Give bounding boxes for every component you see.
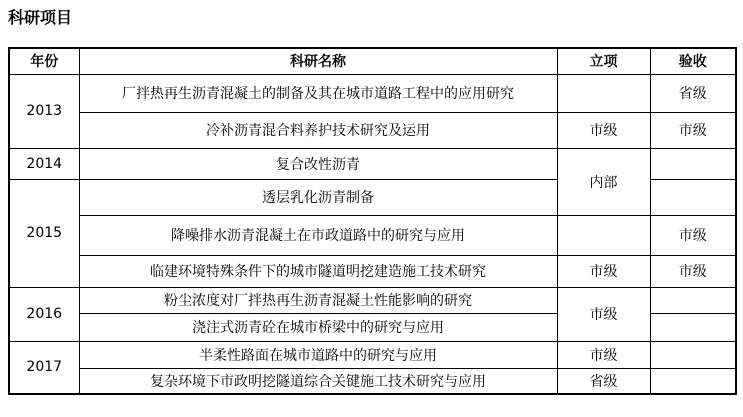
year-cell: 2016 <box>9 287 79 341</box>
year-cell: 2017 <box>9 341 79 394</box>
col-header-approval: 立项 <box>557 48 650 74</box>
project-name-cell: 复杂环境下市政明挖隧道综合关键施工技术研究与应用 <box>79 368 557 394</box>
approval-level-cell: 省级 <box>557 368 650 394</box>
acceptance-level-cell: 市级 <box>650 112 736 148</box>
document-page: 科研项目 年份 科研名称 立项 验收 2013 厂拌热再生沥青混凝土的制备及其在… <box>0 0 743 417</box>
project-name-cell: 浇注式沥青砼在城市桥梁中的研究与应用 <box>79 313 557 341</box>
project-name-cell: 厂拌热再生沥青混凝土的制备及其在城市道路工程中的应用研究 <box>79 74 557 112</box>
year-cell: 2013 <box>9 74 79 148</box>
approval-level-cell: 内部 <box>557 148 650 215</box>
table-header: 年份 科研名称 立项 验收 <box>9 48 736 74</box>
acceptance-level-cell <box>650 368 736 394</box>
approval-level-cell: 市级 <box>557 341 650 368</box>
acceptance-level-cell <box>650 313 736 341</box>
acceptance-level-cell: 省级 <box>650 74 736 112</box>
project-name-cell: 临建环境特殊条件下的城市隧道明挖建造施工技术研究 <box>79 255 557 287</box>
acceptance-level-cell: 市级 <box>650 215 736 255</box>
project-name-cell: 复合改性沥青 <box>79 148 557 179</box>
table-row: 复杂环境下市政明挖隧道综合关键施工技术研究与应用 省级 <box>9 368 736 394</box>
table-body: 2013 厂拌热再生沥青混凝土的制备及其在城市道路工程中的应用研究 省级 冷补沥… <box>9 74 736 394</box>
col-header-name: 科研名称 <box>79 48 557 74</box>
col-header-acceptance: 验收 <box>650 48 736 74</box>
table-row: 2016 粉尘浓度对厂拌热再生沥青混凝土性能影响的研究 市级 <box>9 287 736 313</box>
approval-level-cell <box>557 74 650 112</box>
table-row: 2013 厂拌热再生沥青混凝土的制备及其在城市道路工程中的应用研究 省级 <box>9 74 736 112</box>
approval-level-cell: 市级 <box>557 112 650 148</box>
year-cell: 2014 <box>9 148 79 179</box>
acceptance-level-cell: 市级 <box>650 255 736 287</box>
acceptance-level-cell <box>650 148 736 179</box>
table-row: 2017 半柔性路面在城市道路中的研究与应用 市级 <box>9 341 736 368</box>
project-name-cell: 半柔性路面在城市道路中的研究与应用 <box>79 341 557 368</box>
year-cell: 2015 <box>9 179 79 287</box>
approval-level-cell: 市级 <box>557 255 650 287</box>
page-title: 科研项目 <box>8 8 743 28</box>
project-name-cell: 透层乳化沥青制备 <box>79 179 557 215</box>
acceptance-level-cell <box>650 341 736 368</box>
research-projects-table: 年份 科研名称 立项 验收 2013 厂拌热再生沥青混凝土的制备及其在城市道路工… <box>8 47 737 395</box>
header-row: 年份 科研名称 立项 验收 <box>9 48 736 74</box>
project-name-cell: 降噪排水沥青混凝土在市政道路中的研究与应用 <box>79 215 557 255</box>
project-name-cell: 冷补沥青混合料养护技术研究及运用 <box>79 112 557 148</box>
approval-level-cell <box>557 215 650 255</box>
acceptance-level-cell <box>650 287 736 313</box>
project-name-cell: 粉尘浓度对厂拌热再生沥青混凝土性能影响的研究 <box>79 287 557 313</box>
table-row: 降噪排水沥青混凝土在市政道路中的研究与应用 市级 <box>9 215 736 255</box>
table-row: 冷补沥青混合料养护技术研究及运用 市级 市级 <box>9 112 736 148</box>
table-row: 临建环境特殊条件下的城市隧道明挖建造施工技术研究 市级 市级 <box>9 255 736 287</box>
col-header-year: 年份 <box>9 48 79 74</box>
approval-level-cell: 市级 <box>557 287 650 341</box>
acceptance-level-cell <box>650 179 736 215</box>
table-row: 2014 复合改性沥青 内部 <box>9 148 736 179</box>
